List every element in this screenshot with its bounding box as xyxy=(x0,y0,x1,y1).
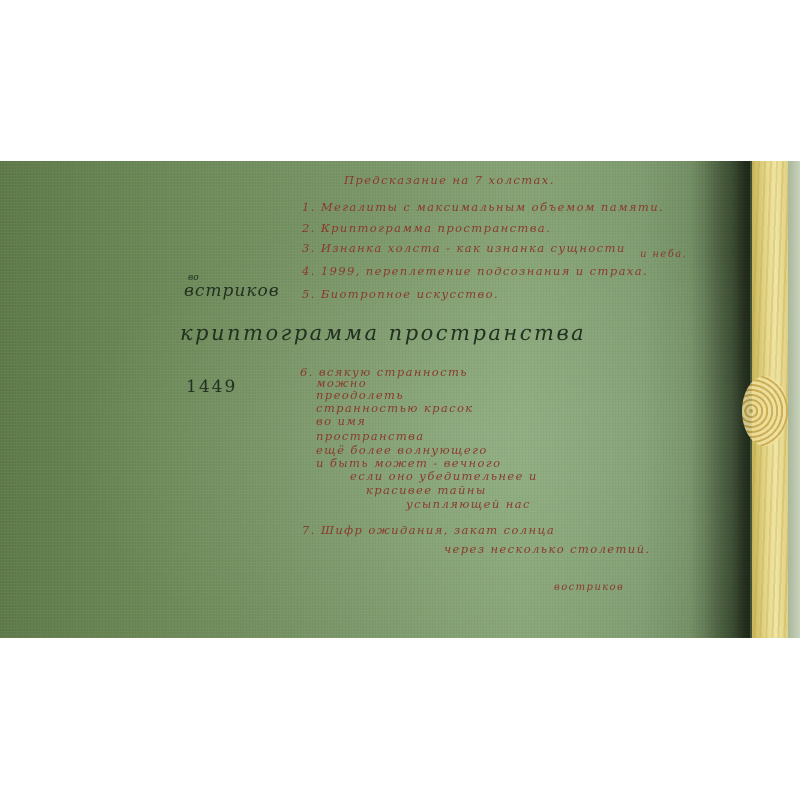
painting-number: 1449 xyxy=(186,377,237,397)
item6-line-5: во имя xyxy=(316,414,366,428)
item6-line-8: и быть может - вечного xyxy=(316,456,501,470)
painting-title: криптограмма пространства xyxy=(180,321,586,345)
item6-line-4: странностью красок xyxy=(316,401,474,415)
wood-knot xyxy=(742,376,788,446)
item6-line-9: если оно убедительнее и xyxy=(350,469,538,483)
list-item-5: 5. Биотропное искусство. xyxy=(302,287,499,301)
heading-text: Предсказание на 7 холстах. xyxy=(344,173,555,187)
torn-paper-edge xyxy=(788,161,800,638)
item6-line-10: красивее тайны xyxy=(366,483,487,497)
list-item-2: 2. Криптограмма пространства. xyxy=(302,221,551,235)
painting-photo: Предсказание на 7 холстах. 1. Мегалиты с… xyxy=(0,161,800,638)
item6-line-3: преодолеть xyxy=(316,388,404,402)
list-item-3: 3. Изнанка холста - как изнанка сущности xyxy=(302,241,626,255)
list-item-3-continuation: и неба. xyxy=(640,249,687,260)
signature: вострикoв xyxy=(554,582,624,593)
list-item-4: 4. 1999, переплетение подсознания и стра… xyxy=(302,264,648,278)
item6-line-11: усыпляющей нас xyxy=(406,497,531,511)
item6-line-7: ещё более волнующего xyxy=(316,443,488,457)
canvas-edge-shadow xyxy=(690,161,750,638)
list-item-1: 1. Мегалиты с максимальным объемом памят… xyxy=(302,200,664,214)
item7-line-2: через несколько столетий. xyxy=(444,542,650,556)
item7-line-1: 7. Шифр ожидания, закат солнца xyxy=(302,523,555,537)
item6-line-6: пространства xyxy=(316,429,425,443)
author-name: встриков xyxy=(184,281,280,301)
